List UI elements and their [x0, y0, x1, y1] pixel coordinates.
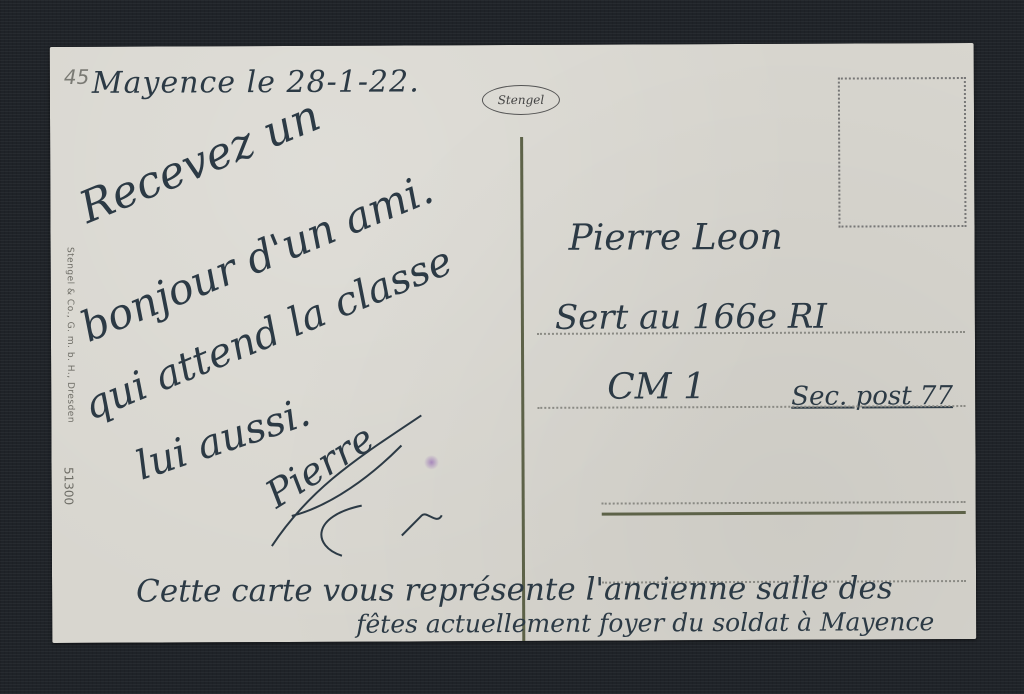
address-line-1: Sert au 166e RI: [555, 300, 827, 335]
center-divider: [520, 137, 525, 641]
catalog-number: 51300: [62, 467, 76, 505]
address-name: Pierre Leon: [568, 220, 782, 257]
stamp-box: [838, 77, 967, 228]
postcard-back: 45 Mayence le 28-1-22. Stengel Recevez u…: [50, 43, 977, 643]
footer-note-line-2: fêtes actuellement foyer du soldat à May…: [356, 609, 934, 637]
address-dotline-3: [602, 501, 966, 505]
place-date: Mayence le 28-1-22.: [92, 67, 420, 98]
publisher-imprint: Stengel & Co., G. m. b. H., Dresden: [65, 247, 76, 423]
footer-note-line-1: Cette carte vous représente l'ancienne s…: [136, 573, 893, 607]
publisher-logo-text: Stengel: [498, 93, 545, 107]
address-solid-line: [602, 511, 966, 516]
address-line-2: CM 1: [607, 369, 706, 405]
message-line-1: Recevez un: [74, 94, 326, 231]
pencil-number: 45: [64, 67, 90, 87]
violet-ink-mark: [423, 455, 439, 469]
publisher-logo: Stengel: [482, 85, 560, 115]
